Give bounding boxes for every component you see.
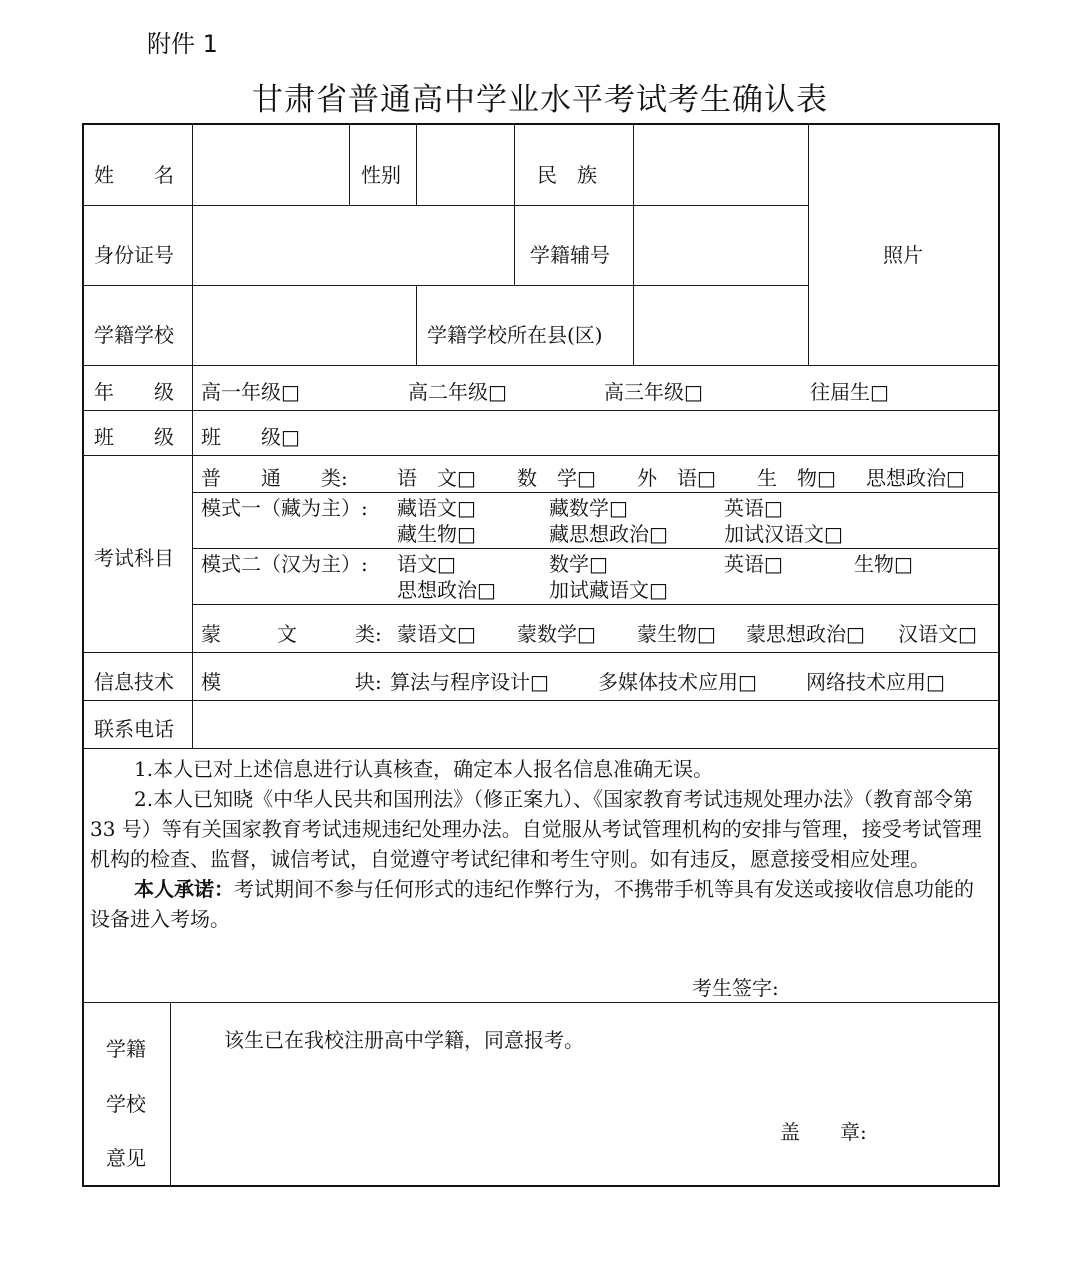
signature-field[interactable] <box>790 972 990 1000</box>
id-number-field[interactable] <box>194 207 513 284</box>
grade-label: 年 级 <box>94 380 174 404</box>
divider <box>82 455 998 456</box>
class-label: 班 级 <box>94 425 174 449</box>
divider <box>192 604 998 605</box>
divider <box>82 748 998 749</box>
divider <box>170 1002 171 1185</box>
mongolian-politics[interactable]: 蒙思想政治□ <box>746 622 865 646</box>
mode2-math[interactable]: 数学□ <box>549 552 608 576</box>
name-field[interactable] <box>194 125 348 204</box>
it-module-a: 模 <box>201 670 221 694</box>
mode2-politics[interactable]: 思想政治□ <box>397 578 496 602</box>
divider <box>82 700 998 701</box>
mode2-category-label: 模式二（汉为主）: <box>201 552 368 576</box>
school-county-field[interactable] <box>635 287 807 364</box>
name-label: 姓 名 <box>94 163 174 187</box>
ethnicity-field[interactable] <box>635 125 807 204</box>
grade-option-repeat[interactable]: 往届生□ <box>810 380 889 404</box>
attachment-label: 附件 1 <box>147 32 218 56</box>
general-category-label: 普 通 类: <box>201 466 348 490</box>
form-title: 甘肃省普通高中学业水平考试考生确认表 <box>0 80 1080 120</box>
divider <box>349 123 350 205</box>
divider <box>192 123 193 748</box>
divider <box>808 123 809 365</box>
student-aux-number-label: 学籍辅号 <box>530 243 610 267</box>
pledge-heading: 本人承诺： <box>134 877 234 901</box>
divider <box>192 548 998 549</box>
mode1-tibetan-chinese[interactable]: 藏语文□ <box>397 496 476 520</box>
gender-label: 性别 <box>361 163 401 187</box>
mode2-english[interactable]: 英语□ <box>724 552 783 576</box>
school-county-label: 学籍学校所在县(区) <box>427 323 603 347</box>
phone-label: 联系电话 <box>94 717 174 741</box>
divider <box>416 285 417 365</box>
divider <box>82 285 808 286</box>
han-chinese[interactable]: 汉语文□ <box>898 622 977 646</box>
mongolian-category-c: 类: <box>355 622 382 646</box>
gender-field[interactable] <box>418 125 513 204</box>
declaration-item-1: 1.本人已对上述信息进行认真核查，确定本人报名信息准确无误。 <box>90 754 990 784</box>
school-opinion-text: 该生已在我校注册高中学籍，同意报考。 <box>224 1028 584 1052</box>
ethnicity-label: 民 族 <box>537 163 597 187</box>
mongolian-biology[interactable]: 蒙生物□ <box>637 622 716 646</box>
divider <box>82 1002 998 1003</box>
divider <box>82 205 808 206</box>
signature-label: 考生签字: <box>692 976 779 1000</box>
mongolian-category-b: 文 <box>277 622 297 646</box>
it-module-b: 块: <box>355 670 382 694</box>
divider <box>514 123 515 285</box>
mongolian-category-a: 蒙 <box>201 622 221 646</box>
grade-option-3[interactable]: 高三年级□ <box>604 380 703 404</box>
school-opinion-label-3: 意见 <box>106 1146 146 1170</box>
mode2-biology[interactable]: 生物□ <box>854 552 913 576</box>
divider <box>82 410 998 411</box>
mode2-chinese[interactable]: 语文□ <box>397 552 456 576</box>
school-label: 学籍学校 <box>94 323 174 347</box>
id-number-label: 身份证号 <box>94 243 174 267</box>
mode1-extra-chinese[interactable]: 加试汉语文□ <box>724 522 843 546</box>
general-biology[interactable]: 生 物□ <box>757 466 836 490</box>
school-opinion-label-2: 学校 <box>106 1092 146 1116</box>
it-algorithm[interactable]: 算法与程序设计□ <box>390 670 549 694</box>
divider <box>416 123 417 205</box>
divider <box>82 365 998 366</box>
student-aux-number-field[interactable] <box>635 207 807 284</box>
grade-option-1[interactable]: 高一年级□ <box>201 380 300 404</box>
mode1-tibetan-biology[interactable]: 藏生物□ <box>397 522 476 546</box>
general-foreign-language[interactable]: 外 语□ <box>637 466 716 490</box>
declaration-pledge: 本人承诺：考试期间不参与任何形式的违纪作弊行为，不携带手机等具有发送或接收信息功… <box>90 874 990 934</box>
mongolian-math[interactable]: 蒙数学□ <box>517 622 596 646</box>
photo-label: 照片 <box>883 243 923 267</box>
mode2-extra-tibetan[interactable]: 加试藏语文□ <box>549 578 668 602</box>
mode1-category-label: 模式一（藏为主）: <box>201 496 368 520</box>
mode1-tibetan-politics[interactable]: 藏思想政治□ <box>549 522 668 546</box>
declaration-item-2: 2.本人已知晓《中华人民共和国刑法》（修正案九）、《国家教育考试违规处理办法》（… <box>90 784 990 874</box>
general-math[interactable]: 数 学□ <box>517 466 596 490</box>
divider <box>633 123 634 365</box>
general-chinese[interactable]: 语 文□ <box>397 466 476 490</box>
it-network[interactable]: 网络技术应用□ <box>806 670 945 694</box>
divider <box>82 652 998 653</box>
mode1-tibetan-math[interactable]: 藏数学□ <box>549 496 628 520</box>
it-label: 信息技术 <box>94 670 174 694</box>
general-politics[interactable]: 思想政治□ <box>866 466 965 490</box>
school-opinion-label-1: 学籍 <box>106 1037 146 1061</box>
it-multimedia[interactable]: 多媒体技术应用□ <box>598 670 757 694</box>
declaration: 1.本人已对上述信息进行认真核查，确定本人报名信息准确无误。 2.本人已知晓《中… <box>90 754 990 934</box>
exam-subjects-label: 考试科目 <box>94 546 174 570</box>
phone-field[interactable] <box>194 702 996 747</box>
stamp-label: 盖 章: <box>780 1120 867 1144</box>
mongolian-chinese[interactable]: 蒙语文□ <box>397 622 476 646</box>
class-checkbox[interactable]: 班 级□ <box>201 425 300 449</box>
grade-option-2[interactable]: 高二年级□ <box>408 380 507 404</box>
divider <box>192 492 998 493</box>
school-field[interactable] <box>194 287 415 364</box>
mode1-english[interactable]: 英语□ <box>724 496 783 520</box>
